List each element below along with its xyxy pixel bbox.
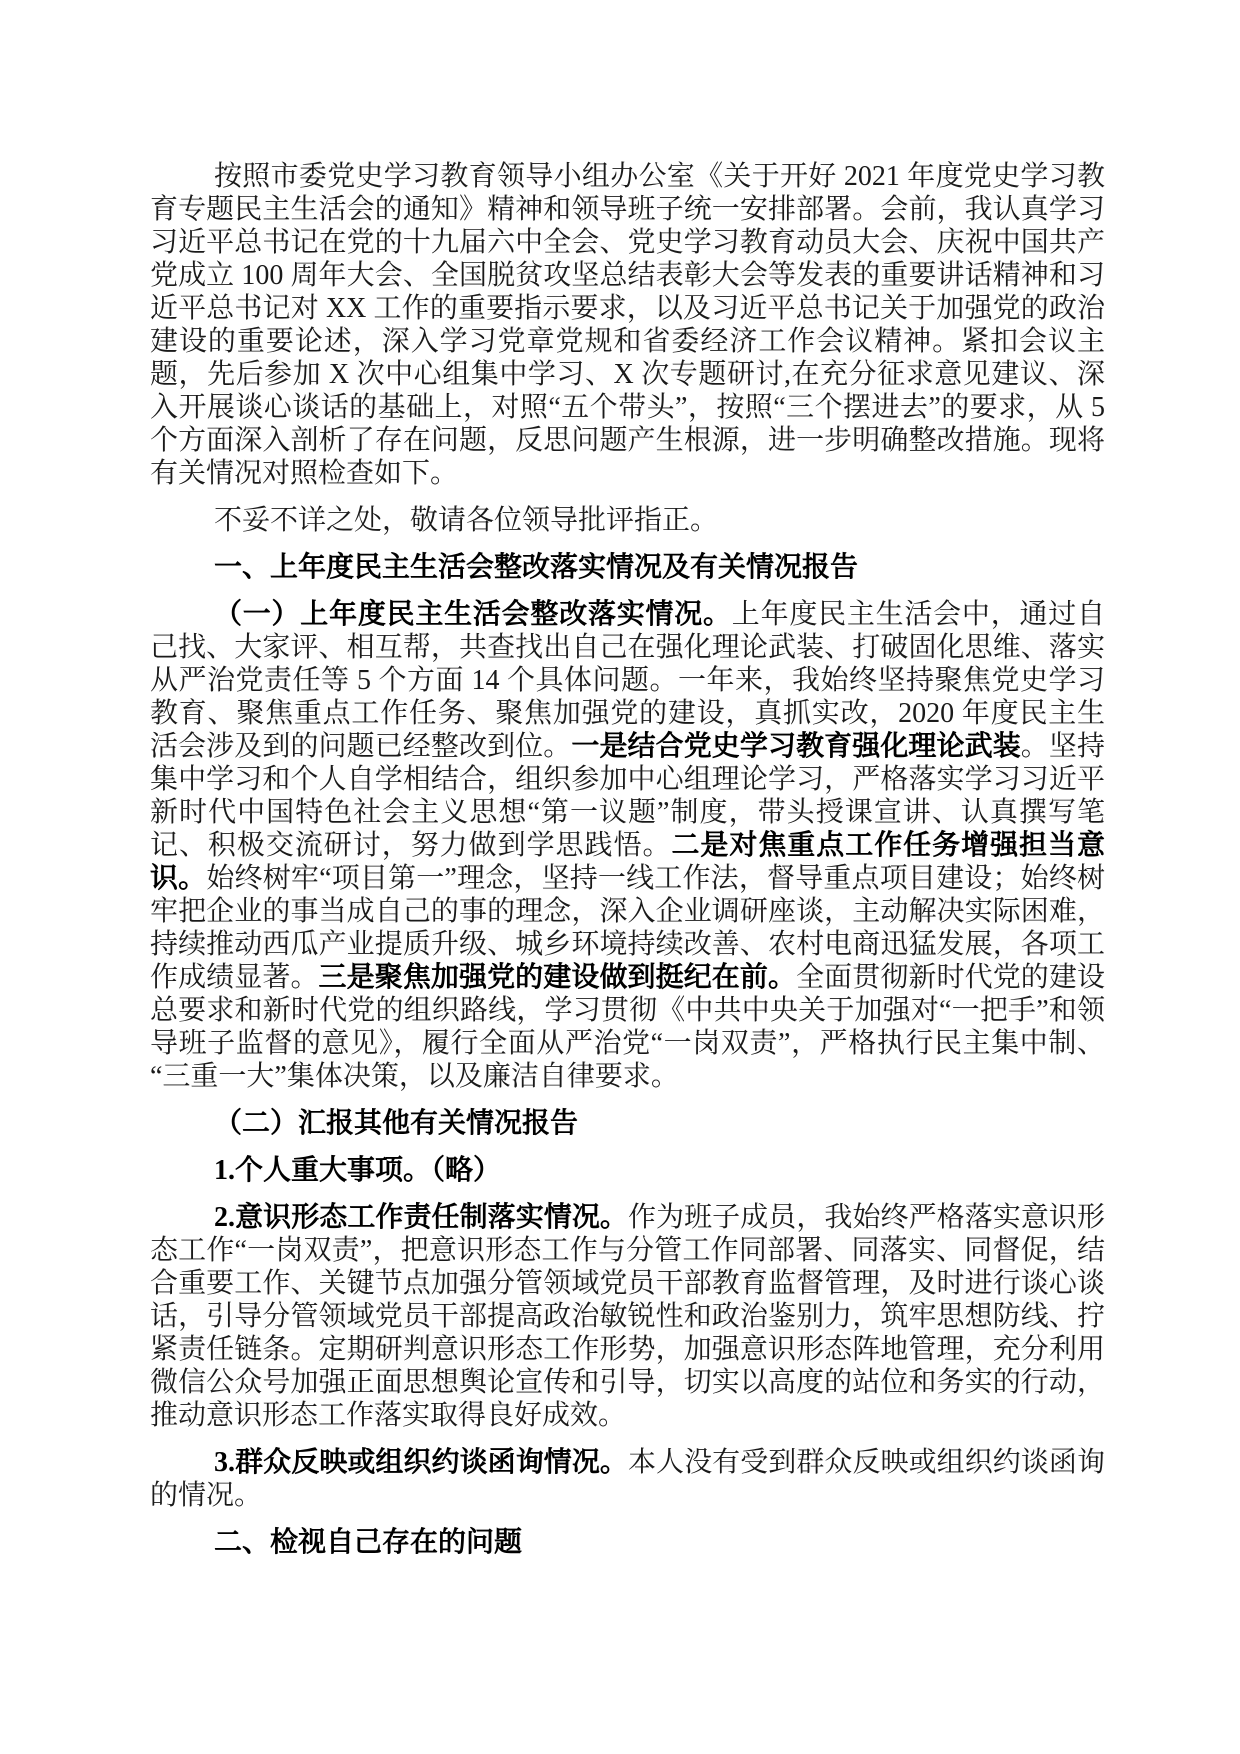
text-run: 按照市委党史学习教育领导小组办公室《关于开好 2021 年度党史学习教育专题民主… — [150, 161, 1105, 489]
paragraph: （一）上年度民主生活会整改落实情况。上年度民主生活会中，通过自己找、大家评、相互… — [150, 598, 1105, 1093]
text-run: 不妥不详之处，敬请各位领导批评指正。 — [214, 505, 718, 536]
section-heading: 1.个人重大事项。（略） — [150, 1154, 1105, 1187]
paragraph: 不妥不详之处，敬请各位领导批评指正。 — [150, 504, 1105, 537]
paragraph: 2.意识形态工作责任制落实情况。作为班子成员，我始终严格落实意识形态工作“一岗双… — [150, 1201, 1105, 1432]
bold-run: （二）汇报其他有关情况报告 — [214, 1108, 578, 1139]
bold-run: 2.意识形态工作责任制落实情况。 — [214, 1202, 628, 1233]
text-run: 作为班子成员，我始终严格落实意识形态工作“一岗双责”，把意识形态工作与分管工作同… — [150, 1202, 1105, 1431]
paragraph: 3.群众反映或组织约谈函询情况。本人没有受到群众反映或组织约谈函询的情况。 — [150, 1446, 1105, 1512]
bold-run: 二、检视自己存在的问题 — [214, 1527, 522, 1558]
section-heading: 一、上年度民主生活会整改落实情况及有关情况报告 — [150, 551, 1105, 584]
bold-run: 一是结合党史学习教育强化理论武装 — [571, 731, 1020, 762]
paragraph: 按照市委党史学习教育领导小组办公室《关于开好 2021 年度党史学习教育专题民主… — [150, 160, 1105, 490]
document-page: 按照市委党史学习教育领导小组办公室《关于开好 2021 年度党史学习教育专题民主… — [0, 0, 1240, 1754]
section-heading: 二、检视自己存在的问题 — [150, 1526, 1105, 1559]
bold-run: 三是聚焦加强党的建设做到挺纪在前。 — [319, 962, 797, 993]
bold-run: 1.个人重大事项。（略） — [214, 1155, 501, 1186]
section-heading: （二）汇报其他有关情况报告 — [150, 1107, 1105, 1140]
bold-run: 一、上年度民主生活会整改落实情况及有关情况报告 — [214, 552, 858, 583]
bold-run: （一）上年度民主生活会整改落实情况。 — [214, 599, 732, 630]
document-body: 按照市委党史学习教育领导小组办公室《关于开好 2021 年度党史学习教育专题民主… — [150, 160, 1105, 1559]
bold-run: 3.群众反映或组织约谈函询情况。 — [214, 1447, 628, 1478]
